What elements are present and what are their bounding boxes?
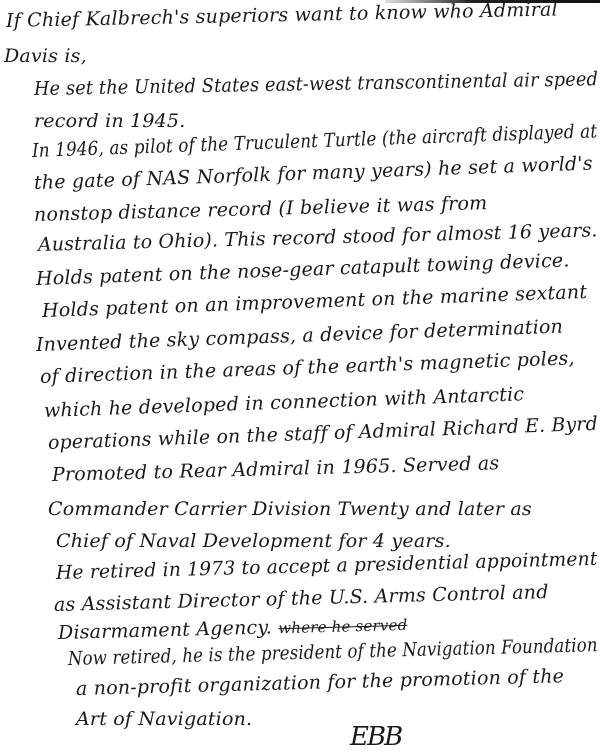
signature-initials: EBB [350, 722, 401, 752]
text-line: He set the United States east-west trans… [34, 68, 598, 100]
text-line: as Assistant Director of the U.S. Arms C… [54, 581, 549, 616]
text-line: Disarmament Agency. where he served [58, 613, 408, 644]
struck-text: where he served [278, 616, 408, 637]
text-line: of direction in the areas of the earth's… [40, 347, 575, 388]
text-line: Chief of Naval Development for 4 years. [56, 530, 451, 552]
text-line: Art of Navigation. [76, 708, 252, 730]
text-line: Commander Carrier Division Twenty and la… [48, 498, 532, 520]
text-line: He retired in 1973 to accept a president… [56, 548, 598, 584]
text-line: nonstop distance record (I believe it wa… [34, 192, 488, 226]
text-line: Holds patent on an improvement on the ma… [42, 281, 588, 322]
text-line: record in 1945. [34, 110, 185, 132]
text-line: a non-profit organization for the promot… [76, 665, 565, 700]
text-line: Davis is, [4, 45, 87, 67]
text-line: Promoted to Rear Admiral in 1965. Served… [52, 452, 500, 486]
text-line: If Chief Kalbrech's superiors want to kn… [6, 0, 558, 32]
text-line: which he developed in connection with An… [44, 383, 525, 422]
handwritten-page: If Chief Kalbrech's superiors want to kn… [0, 0, 600, 752]
text-segment: Disarmament Agency. [58, 616, 273, 644]
